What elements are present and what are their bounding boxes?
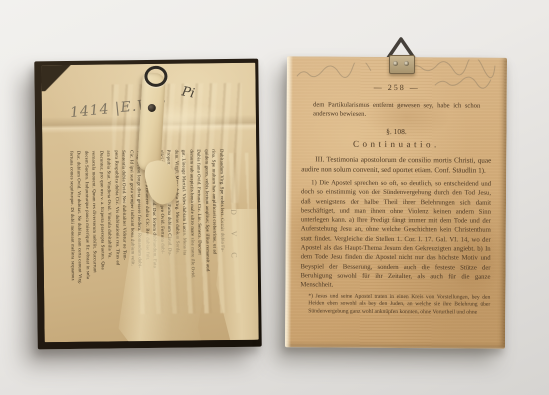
- metal-grommet: [148, 104, 156, 112]
- nail-hole: [404, 61, 409, 66]
- photo-background: 1414 |E.Wir Pi D V C Dubitandum Virg. Sp…: [0, 0, 549, 395]
- printed-page-text: — 258 — dem Partikularismus entfernt gew…: [300, 82, 492, 345]
- page-number: — 258 —: [302, 82, 492, 92]
- left-book-board: 1414 |E.Wir Pi D V C Dubitandum Virg. Sp…: [34, 59, 262, 350]
- body-paragraph: 1) Die Apostel sprechen so oft, so deutl…: [300, 178, 491, 291]
- latin-paragraph: III. Testimonia apostolorum de consilio …: [301, 154, 491, 175]
- footnote-paragraph: *) Jesus und seine Apostel traten in ein…: [300, 293, 490, 317]
- nail-hole: [393, 61, 398, 66]
- left-paper-cover: 1414 |E.Wir Pi D V C Dubitandum Virg. Sp…: [41, 63, 258, 343]
- intro-fragment: dem Partikularismus entfernt gewesen sey…: [313, 100, 480, 119]
- section-heading: Continuatio.: [301, 138, 491, 149]
- tissue-overlay: [117, 229, 209, 342]
- ink-inscription: Pi: [180, 84, 196, 101]
- right-book-board: — 258 — dem Partikularismus entfernt gew…: [285, 56, 507, 349]
- section-mark: §. 108.: [301, 126, 491, 136]
- paper-tear: [41, 65, 87, 92]
- hanger-mounting-plate: [389, 55, 415, 74]
